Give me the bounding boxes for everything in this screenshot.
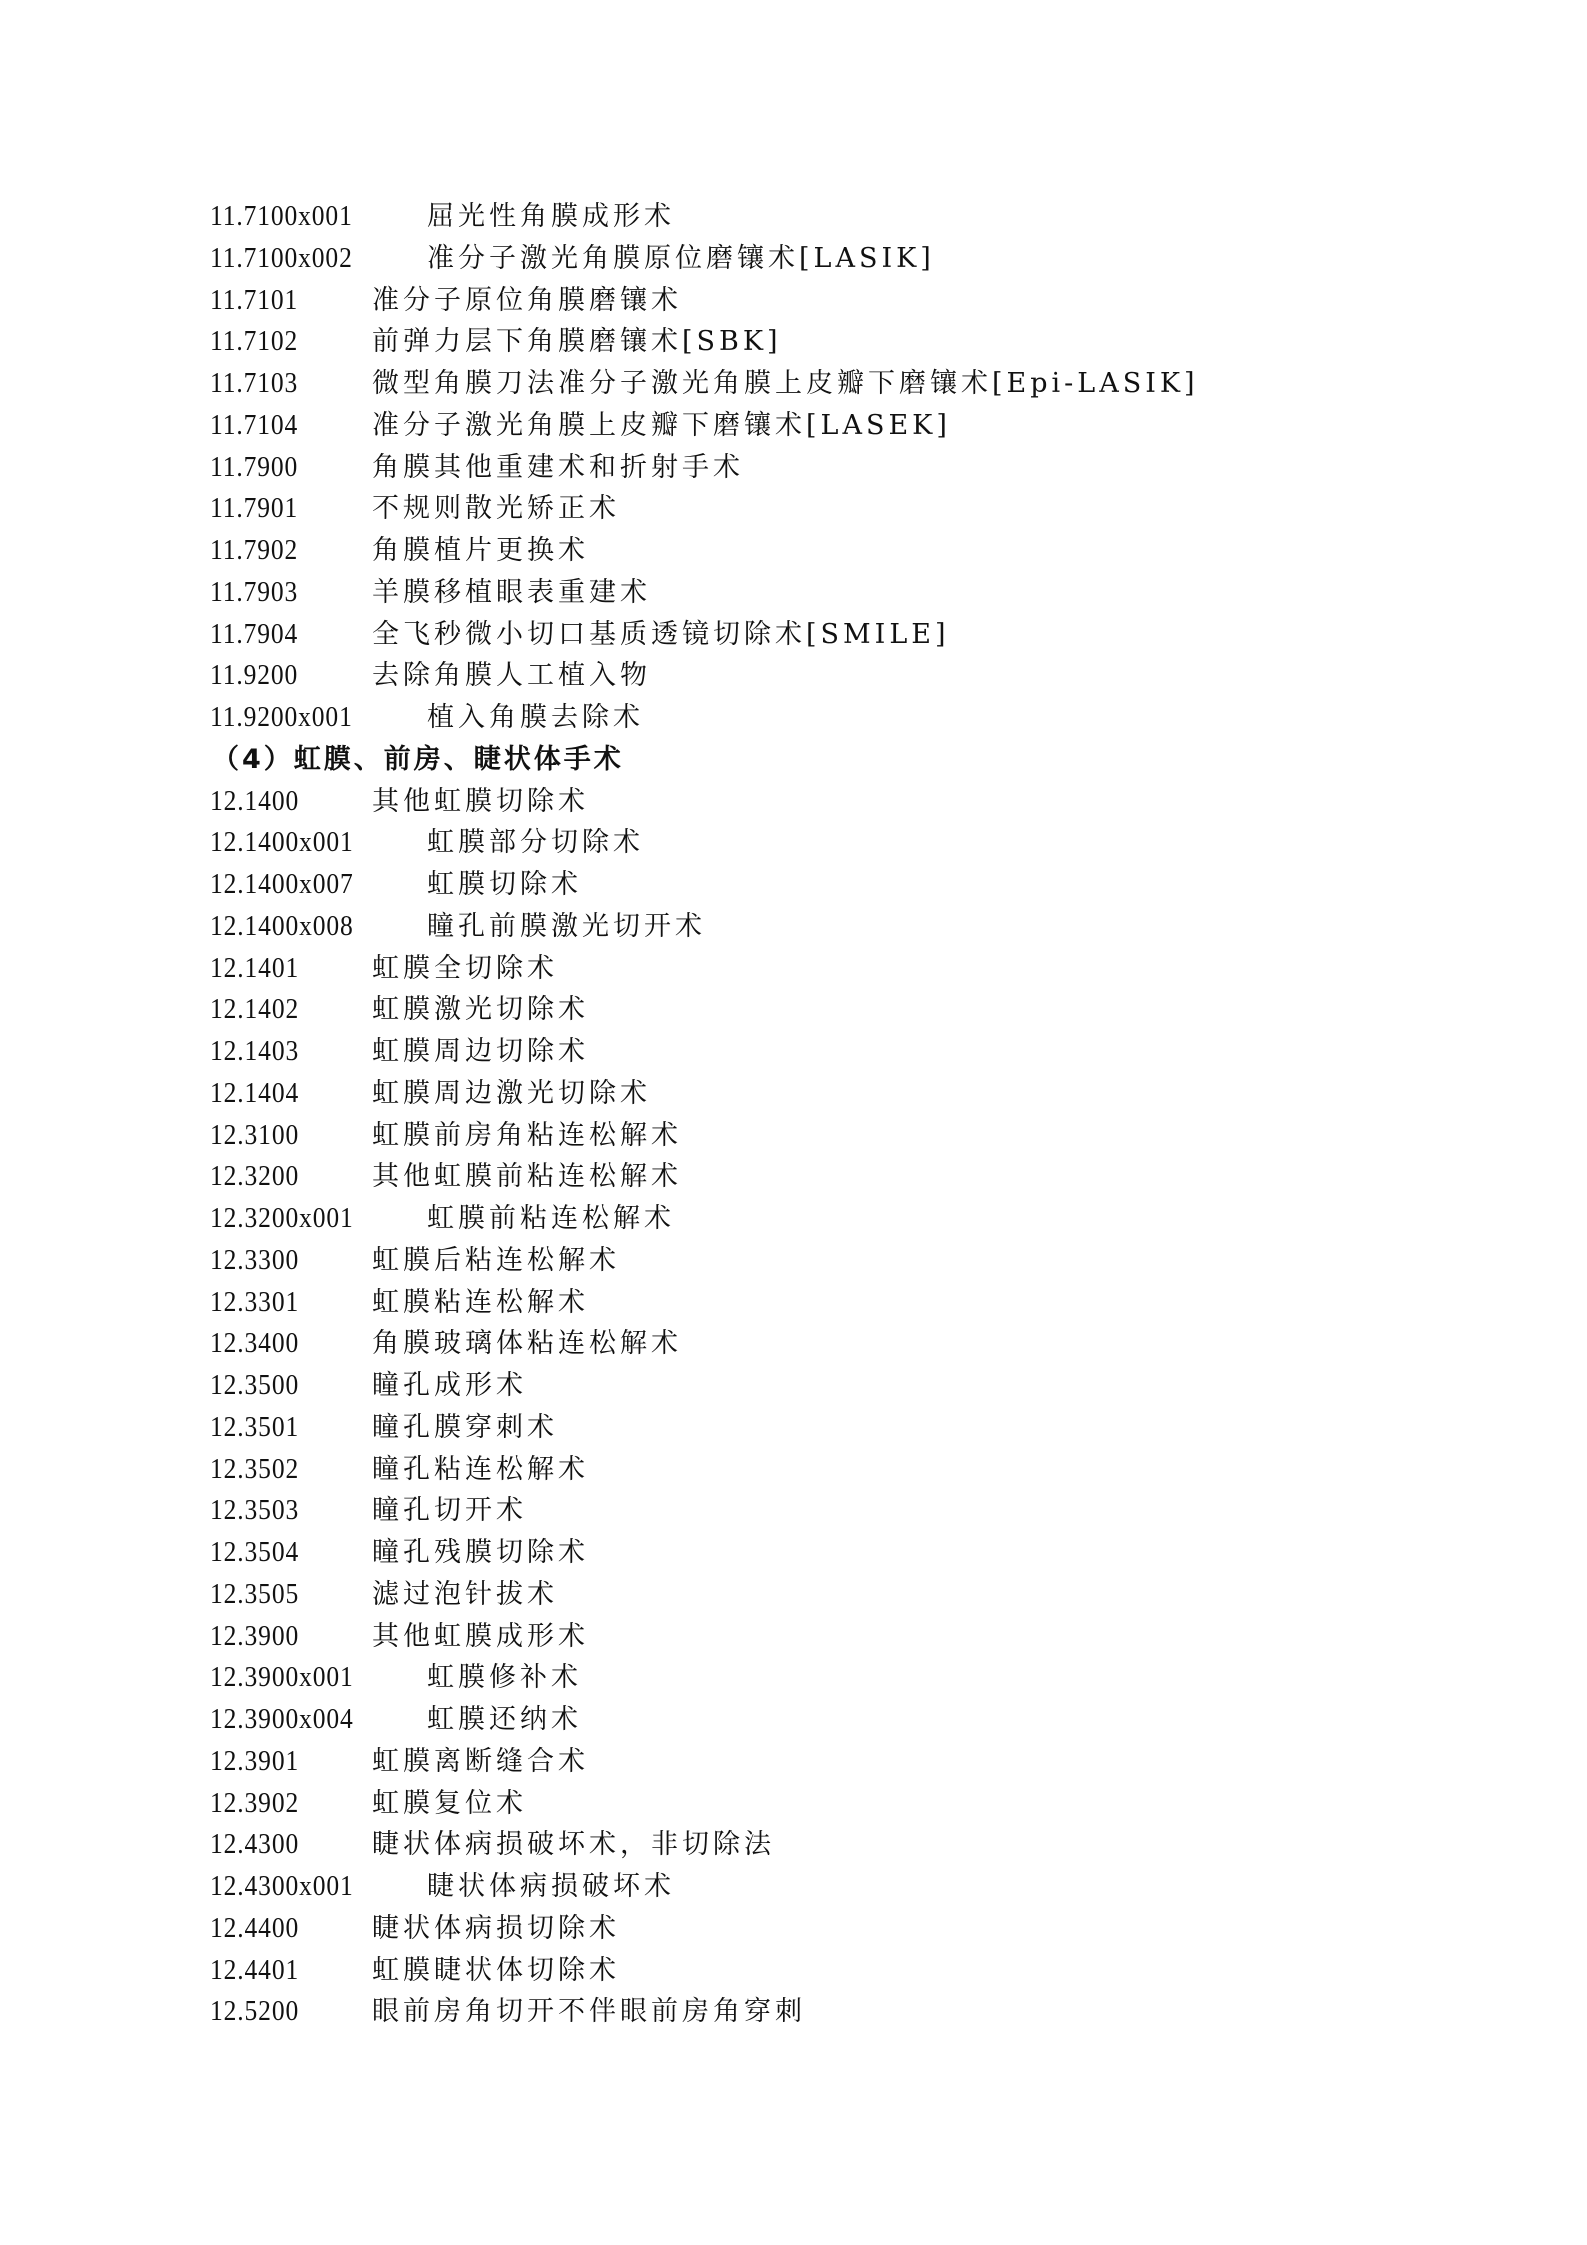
procedure-name: 虹膜周边切除术 [372,1031,589,1073]
procedure-code: 11.7903 [210,572,298,614]
procedure-name: 虹膜全切除术 [372,948,558,990]
list-item: 11.7101 准分子原位角膜磨镶术 [210,280,1410,322]
list-item: 12.1402 虹膜激光切除术 [210,989,1410,1031]
list-item: 12.1400x007 虹膜切除术 [210,864,1410,906]
procedure-name: 虹膜复位术 [372,1783,527,1825]
procedure-code: 11.7100x002 [210,238,353,280]
procedure-name: 虹膜切除术 [427,864,582,906]
procedure-name: 其他虹膜切除术 [372,781,589,823]
procedure-code: 11.7902 [210,530,298,572]
procedure-name: 虹膜还纳术 [427,1699,582,1741]
list-item: 12.3501 瞳孔膜穿刺术 [210,1407,1410,1449]
procedure-name: 去除角膜人工植入物 [372,655,651,697]
procedure-code: 12.1400x008 [210,906,354,948]
list-item: 11.7104 准分子激光角膜上皮瓣下磨镶术[LASEK] [210,405,1410,447]
procedure-name: 虹膜前房角粘连松解术 [372,1115,682,1157]
list-item: 11.7100x001 屈光性角膜成形术 [210,196,1410,238]
procedure-code: 12.3200 [210,1156,299,1198]
procedure-code: 12.3500 [210,1365,299,1407]
procedure-code: 11.7900 [210,447,298,489]
list-item: 12.3900x004 虹膜还纳术 [210,1699,1410,1741]
list-item: 11.9200 去除角膜人工植入物 [210,655,1410,697]
list-item: 11.7100x002 准分子激光角膜原位磨镶术[LASIK] [210,238,1410,280]
procedure-code-list: 11.7100x001 屈光性角膜成形术 11.7100x002 准分子激光角膜… [210,196,1410,2033]
procedure-name: 羊膜移植眼表重建术 [372,572,651,614]
procedure-name: 全飞秒微小切口基质透镜切除术[SMILE] [372,614,950,656]
procedure-code: 11.7100x001 [210,196,353,238]
procedure-code: 12.3900 [210,1616,299,1658]
list-item: 12.3200x001 虹膜前粘连松解术 [210,1198,1410,1240]
procedure-code: 12.4300 [210,1824,299,1866]
procedure-code: 12.3501 [210,1407,299,1449]
list-item: 12.1404 虹膜周边激光切除术 [210,1073,1410,1115]
procedure-code: 12.3400 [210,1323,299,1365]
procedure-name: 虹膜离断缝合术 [372,1741,589,1783]
procedure-name: 微型角膜刀法准分子激光角膜上皮瓣下磨镶术[Epi-LASIK] [372,363,1199,405]
list-item: 12.4300 睫状体病损破坏术，非切除法 [210,1824,1410,1866]
list-item: 12.4300x001 睫状体病损破坏术 [210,1866,1410,1908]
procedure-code: 12.4300x001 [210,1866,354,1908]
procedure-name: 前弹力层下角膜磨镶术[SBK] [372,321,782,363]
procedure-name: 角膜植片更换术 [372,530,589,572]
procedure-code: 11.7102 [210,321,298,363]
list-item: 12.3301 虹膜粘连松解术 [210,1282,1410,1324]
list-item: 11.7903 羊膜移植眼表重建术 [210,572,1410,614]
list-item: 12.3901 虹膜离断缝合术 [210,1741,1410,1783]
procedure-code: 12.1404 [210,1073,299,1115]
procedure-code: 12.1400x007 [210,864,354,906]
procedure-name: 其他虹膜成形术 [372,1616,589,1658]
list-item: 12.3902 虹膜复位术 [210,1783,1410,1825]
procedure-name: 睫状体病损破坏术 [427,1866,675,1908]
document-page: 11.7100x001 屈光性角膜成形术 11.7100x002 准分子激光角膜… [0,0,1587,2245]
list-item: 12.5200 眼前房角切开不伴眼前房角穿刺 [210,1991,1410,2033]
procedure-name: 准分子原位角膜磨镶术 [372,280,682,322]
procedure-name: 睫状体病损破坏术，非切除法 [372,1824,775,1866]
list-item: 12.3505 滤过泡针拔术 [210,1574,1410,1616]
procedure-name: 瞳孔前膜激光切开术 [427,906,706,948]
procedure-code: 11.7104 [210,405,298,447]
procedure-code: 12.3200x001 [210,1198,354,1240]
procedure-code: 12.3505 [210,1574,299,1616]
procedure-code: 11.7103 [210,363,298,405]
procedure-code: 12.3301 [210,1282,299,1324]
procedure-code: 12.3900x004 [210,1699,354,1741]
procedure-name: 睫状体病损切除术 [372,1908,620,1950]
procedure-name: 眼前房角切开不伴眼前房角穿刺 [372,1991,806,2033]
list-item: 12.1401 虹膜全切除术 [210,948,1410,990]
procedure-name: 准分子激光角膜上皮瓣下磨镶术[LASEK] [372,405,951,447]
list-item: 11.9200x001 植入角膜去除术 [210,697,1410,739]
list-item: 11.7904 全飞秒微小切口基质透镜切除术[SMILE] [210,614,1410,656]
list-item: 12.3100 虹膜前房角粘连松解术 [210,1115,1410,1157]
procedure-name: 滤过泡针拔术 [372,1574,558,1616]
list-item: 12.3503 瞳孔切开术 [210,1490,1410,1532]
procedure-code: 12.3300 [210,1240,299,1282]
procedure-name: 植入角膜去除术 [427,697,644,739]
procedure-name: 瞳孔成形术 [372,1365,527,1407]
list-item: 12.1400x008 瞳孔前膜激光切开术 [210,906,1410,948]
procedure-code: 12.5200 [210,1991,299,2033]
procedure-name: 虹膜后粘连松解术 [372,1240,620,1282]
procedure-code: 12.3100 [210,1115,299,1157]
procedure-code: 12.3503 [210,1490,299,1532]
procedure-name: 虹膜激光切除术 [372,989,589,1031]
procedure-code: 12.1403 [210,1031,299,1073]
procedure-code: 12.1402 [210,989,299,1031]
list-item: 12.1400 其他虹膜切除术 [210,781,1410,823]
list-item: 12.1400x001 虹膜部分切除术 [210,822,1410,864]
list-item: 11.7102 前弹力层下角膜磨镶术[SBK] [210,321,1410,363]
procedure-name: 瞳孔残膜切除术 [372,1532,589,1574]
procedure-code: 12.1400x001 [210,822,354,864]
list-item: 12.3504 瞳孔残膜切除术 [210,1532,1410,1574]
list-item: 12.3502 瞳孔粘连松解术 [210,1449,1410,1491]
procedure-code: 11.7901 [210,488,298,530]
procedure-code: 12.3502 [210,1449,299,1491]
list-item: 12.4400 睫状体病损切除术 [210,1908,1410,1950]
procedure-name: 瞳孔切开术 [372,1490,527,1532]
list-item: 12.3400 角膜玻璃体粘连松解术 [210,1323,1410,1365]
procedure-code: 12.1401 [210,948,299,990]
procedure-name: 虹膜周边激光切除术 [372,1073,651,1115]
procedure-name: 角膜玻璃体粘连松解术 [372,1323,682,1365]
list-item: 12.3900x001 虹膜修补术 [210,1657,1410,1699]
section-heading: （4）虹膜、前房、睫状体手术 [212,739,1410,781]
procedure-code: 12.3902 [210,1783,299,1825]
procedure-code: 12.4400 [210,1908,299,1950]
procedure-name: 虹膜部分切除术 [427,822,644,864]
procedure-name: 虹膜前粘连松解术 [427,1198,675,1240]
procedure-name: 瞳孔膜穿刺术 [372,1407,558,1449]
list-item: 12.4401 虹膜睫状体切除术 [210,1950,1410,1992]
procedure-name: 虹膜修补术 [427,1657,582,1699]
procedure-code: 11.9200 [210,655,298,697]
procedure-code: 12.3901 [210,1741,299,1783]
procedure-name: 虹膜粘连松解术 [372,1282,589,1324]
list-item: 12.3500 瞳孔成形术 [210,1365,1410,1407]
list-item: 12.3200 其他虹膜前粘连松解术 [210,1156,1410,1198]
procedure-name: 角膜其他重建术和折射手术 [372,447,744,489]
procedure-name: 不规则散光矫正术 [372,488,620,530]
procedure-name: 准分子激光角膜原位磨镶术[LASIK] [427,238,935,280]
procedure-code: 11.7904 [210,614,298,656]
list-item: 11.7901 不规则散光矫正术 [210,488,1410,530]
list-item: 11.7103 微型角膜刀法准分子激光角膜上皮瓣下磨镶术[Epi-LASIK] [210,363,1410,405]
procedure-name: 瞳孔粘连松解术 [372,1449,589,1491]
procedure-name: 屈光性角膜成形术 [427,196,675,238]
procedure-code: 12.4401 [210,1950,299,1992]
procedure-name: 虹膜睫状体切除术 [372,1950,620,1992]
procedure-code: 11.9200x001 [210,697,353,739]
list-item: 12.3900 其他虹膜成形术 [210,1616,1410,1658]
list-item: 11.7900 角膜其他重建术和折射手术 [210,447,1410,489]
procedure-code: 12.3900x001 [210,1657,354,1699]
list-item: 12.1403 虹膜周边切除术 [210,1031,1410,1073]
procedure-code: 12.1400 [210,781,299,823]
procedure-code: 11.7101 [210,280,298,322]
procedure-name: 其他虹膜前粘连松解术 [372,1156,682,1198]
list-item: 11.7902 角膜植片更换术 [210,530,1410,572]
list-item: 12.3300 虹膜后粘连松解术 [210,1240,1410,1282]
procedure-code: 12.3504 [210,1532,299,1574]
